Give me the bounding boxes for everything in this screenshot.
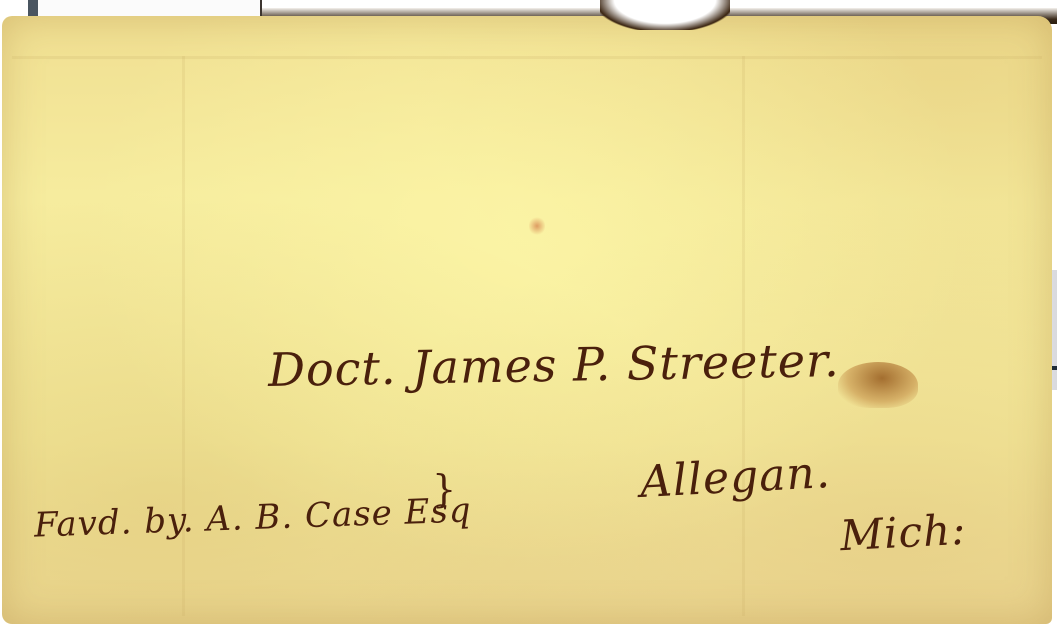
wax-seal-stain	[838, 362, 918, 408]
fold-crease	[12, 56, 1042, 59]
addressee-name: Doct. James P. Streeter.	[268, 333, 840, 397]
catalog-label-card	[38, 0, 262, 16]
address-city: Allegan.	[639, 447, 832, 508]
flourish-brace: }	[432, 472, 462, 506]
ink-spot	[529, 216, 545, 236]
torn-edge	[600, 0, 730, 30]
brace-glyph: }	[432, 472, 462, 506]
address-state: Mich:	[839, 505, 968, 561]
